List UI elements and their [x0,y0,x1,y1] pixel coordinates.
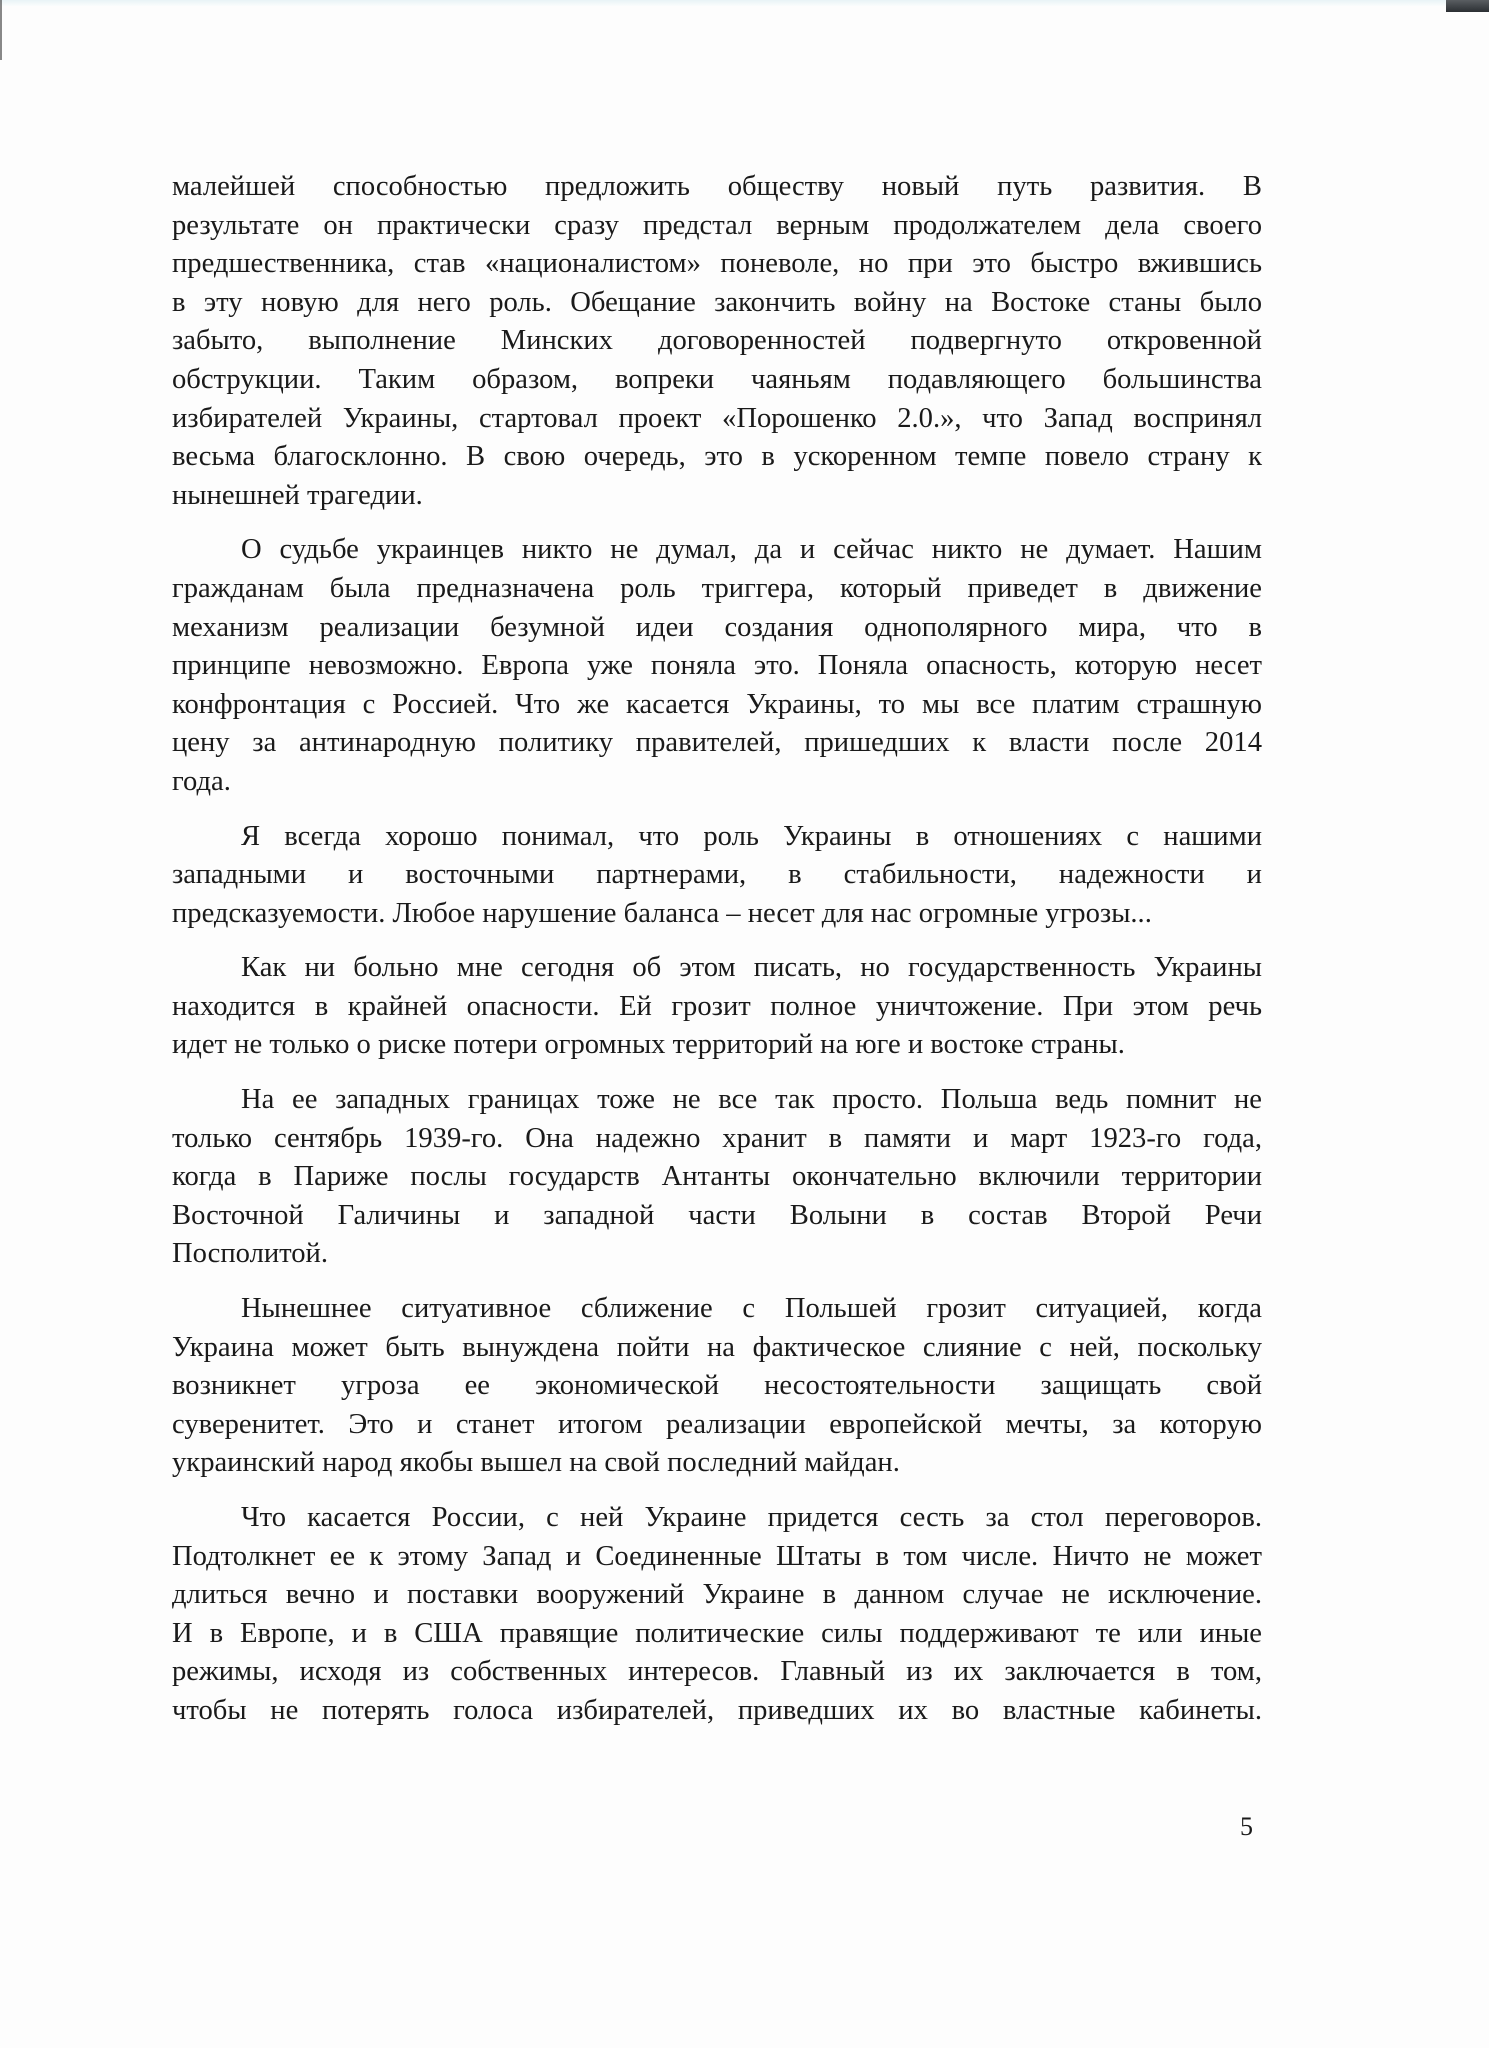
text-line: механизм реализации безумной идеи создан… [172,609,1262,648]
paragraph-1: малейшей способностью предложить обществ… [172,168,1262,515]
text-line: находится в крайней опасности. Ей грозит… [172,988,1262,1027]
text-line: гражданам была предназначена роль тригге… [172,570,1262,609]
text-line: года. [172,763,1262,802]
paragraph-7: Что касается России, с ней Украине приде… [172,1499,1262,1731]
text-line: Нынешнее ситуативное сближение с Польшей… [172,1290,1262,1329]
text-line: суверенитет. Это и станет итогом реализа… [172,1406,1262,1445]
page-number: 5 [1240,1812,1253,1842]
scan-left-edge [0,0,2,60]
text-line: обструкции. Таким образом, вопреки чаянь… [172,361,1262,400]
text-line: режимы, исходя из собственных интересов.… [172,1653,1262,1692]
text-line: И в Европе, и в США правящие политически… [172,1615,1262,1654]
paragraph-5: На ее западных границах тоже не все так … [172,1081,1262,1274]
document-body: малейшей способностью предложить обществ… [172,168,1262,1747]
text-line: принципе невозможно. Европа уже поняла э… [172,647,1262,686]
paragraph-3: Я всегда хорошо понимал, что роль Украин… [172,818,1262,934]
text-line: весьма благосклонно. В свою очередь, это… [172,438,1262,477]
text-line: Как ни больно мне сегодня об этом писать… [172,949,1262,988]
paragraph-4: Как ни больно мне сегодня об этом писать… [172,949,1262,1065]
text-line: Я всегда хорошо понимал, что роль Украин… [172,818,1262,857]
text-line: конфронтация с Россией. Что же касается … [172,686,1262,725]
text-line: цену за антинародную политику правителей… [172,724,1262,763]
text-line: идет не только о риске потери огромных т… [172,1026,1262,1065]
text-line: Украина может быть вынуждена пойти на фа… [172,1329,1262,1368]
text-line: возникнет угроза ее экономической несост… [172,1367,1262,1406]
text-line: Подтолкнет ее к этому Запад и Соединенны… [172,1538,1262,1577]
text-line: предшественника, став «националистом» по… [172,245,1262,284]
text-line: Посполитой. [172,1235,1262,1274]
paragraph-2: О судьбе украинцев никто не думал, да и … [172,531,1262,801]
text-line: только сентябрь 1939-го. Она надежно хра… [172,1120,1262,1159]
text-line: На ее западных границах тоже не все так … [172,1081,1262,1120]
text-line: когда в Париже послы государств Антанты … [172,1158,1262,1197]
text-line: малейшей способностью предложить обществ… [172,168,1262,207]
text-line: избирателей Украины, стартовал проект «П… [172,400,1262,439]
text-line: Что касается России, с ней Украине приде… [172,1499,1262,1538]
scan-top-edge [0,0,1446,6]
paragraph-6: Нынешнее ситуативное сближение с Польшей… [172,1290,1262,1483]
text-line: западными и восточными партнерами, в ста… [172,856,1262,895]
text-line: в эту новую для него роль. Обещание зако… [172,284,1262,323]
text-line: забыто, выполнение Минских договоренност… [172,322,1262,361]
text-line: украинский народ якобы вышел на свой пос… [172,1444,1262,1483]
text-line: нынешней трагедии. [172,477,1262,516]
text-line: чтобы не потерять голоса избирателей, пр… [172,1692,1262,1731]
text-line: длиться вечно и поставки вооружений Укра… [172,1576,1262,1615]
scan-corner-shadow [1446,0,1489,12]
text-line: предсказуемости. Любое нарушение баланса… [172,895,1262,934]
text-line: результате он практически сразу предстал… [172,207,1262,246]
text-line: О судьбе украинцев никто не думал, да и … [172,531,1262,570]
text-line: Восточной Галичины и западной части Волы… [172,1197,1262,1236]
